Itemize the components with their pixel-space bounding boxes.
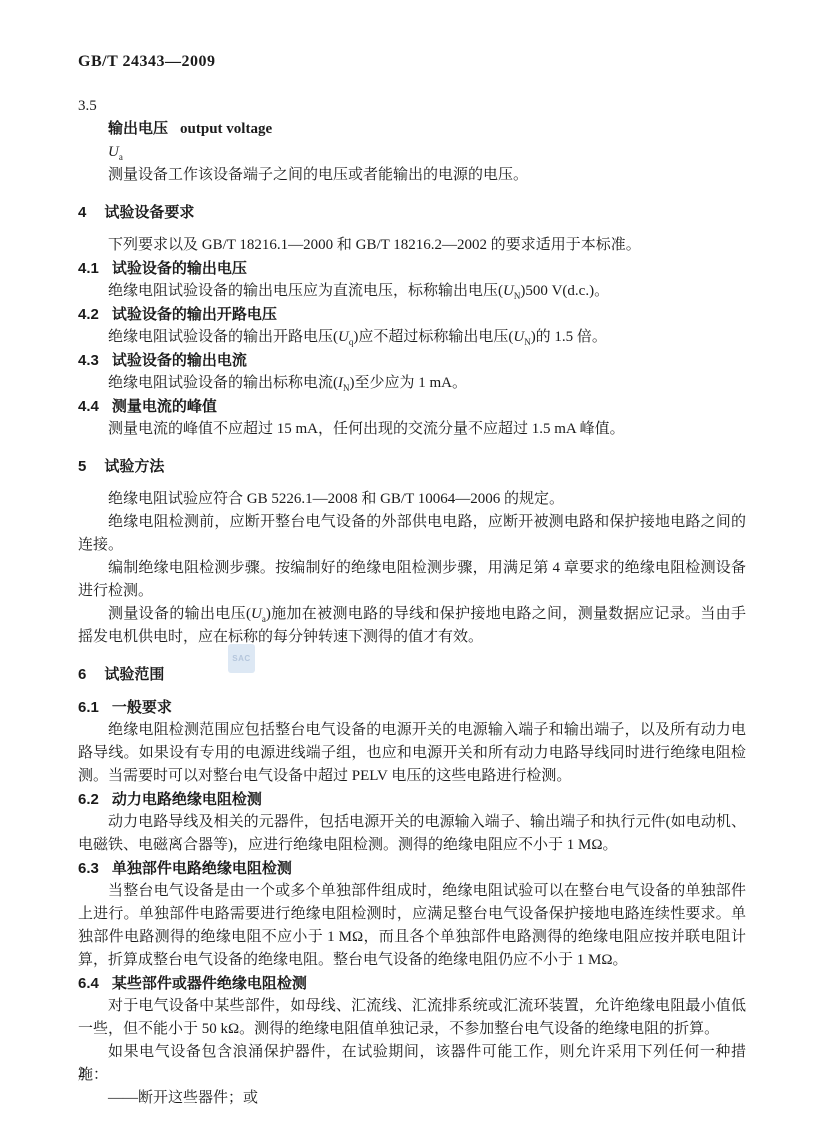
clause-6-3-body: 当整台电气设备是由一个或多个单独部件组成时，绝缘电阻试验可以在整台电气设备的单独… <box>78 880 746 972</box>
clause-4-1-body: 绝缘电阻试验设备的输出电压应为直流电压，标称输出电压(UN)500 V(d.c.… <box>78 280 746 303</box>
chapter-6-number: 6 <box>78 666 86 683</box>
term-heading: 输出电压output voltage <box>108 118 746 141</box>
clause-6-2-number: 6.2 <box>78 791 99 808</box>
clause-6-4-para-1: 对于电气设备中某些部件，如母线、汇流线、汇流排系统或汇流环装置，允许绝缘电阻最小… <box>78 995 746 1041</box>
clause-6-1-title: 一般要求 <box>112 699 172 716</box>
chapter-5-para-4: 测量设备的输出电压(Ua)施加在被测电路的导线和保护接地电路之间，测量数据应记录… <box>78 603 746 649</box>
clause-4-4-title: 测量电流的峰值 <box>112 398 217 415</box>
term-symbol-letter: U <box>108 144 119 160</box>
clause-4-2-body: 绝缘电阻试验设备的输出开路电压(Uq)应不超过标称输出电压(UN)的 1.5 倍… <box>78 326 746 349</box>
clause-4-2-text-mid: )应不超过标称输出电压( <box>353 329 513 345</box>
clause-6-1-heading: 6.1一般要求 <box>78 696 746 719</box>
clause-4-3-title: 试验设备的输出电流 <box>112 352 247 369</box>
clause-4-3-heading: 4.3试验设备的输出电流 <box>78 349 746 372</box>
clause-4-3-text-pre: 绝缘电阻试验设备的输出标称电流( <box>108 375 338 391</box>
clause-4-2-number: 4.2 <box>78 306 99 323</box>
clause-6-4-number: 6.4 <box>78 975 99 992</box>
clause-6-1-number: 6.1 <box>78 699 99 716</box>
chapter-5-para-2: 绝缘电阻检测前，应断开整台电气设备的外部供电电路，应断开被测电路和保护接地电路之… <box>78 511 746 557</box>
clause-4-2-heading: 4.2试验设备的输出开路电压 <box>78 303 746 326</box>
term-symbol-subscript: a <box>119 152 123 162</box>
chapter-5-number: 5 <box>78 458 86 475</box>
chapter-6-heading: 6试验范围 <box>78 663 746 686</box>
symbol-un2-letter: U <box>513 329 524 345</box>
sac-watermark: SAC <box>228 644 255 673</box>
chapter-5-heading: 5试验方法 <box>78 455 746 478</box>
clause-6-2-body: 动力电路导线及相关的元器件，包括电源开关的电源输入端子、输出端子和执行元件(如电… <box>78 811 746 857</box>
chapter-5-para-4-pre: 测量设备的输出电压( <box>108 606 251 622</box>
chapter-5-title: 试验方法 <box>104 458 164 475</box>
clause-6-4-list-item-1: ——断开这些器件；或 <box>78 1087 746 1110</box>
symbol-uq-letter: U <box>338 329 349 345</box>
document-code: GB/T 24343—2009 <box>78 50 746 73</box>
clause-4-4-number: 4.4 <box>78 398 99 415</box>
clause-4-3-text-post: )至少应为 1 mA。 <box>350 375 468 391</box>
document-page: SAC GB/T 24343—2009 3.5 输出电压output volta… <box>0 0 824 1130</box>
clause-6-4-para-2: 如果电气设备包含浪涌保护器件，在试验期间，该器件可能工作，则允许采用下列任何一种… <box>78 1041 746 1087</box>
clause-4-1-title: 试验设备的输出电压 <box>112 260 247 277</box>
clause-3-5-number: 3.5 <box>78 95 746 118</box>
sac-watermark-text: SAC <box>232 647 250 670</box>
clause-4-2-text-post: )的 1.5 倍。 <box>531 329 607 345</box>
clause-4-3-body: 绝缘电阻试验设备的输出标称电流(IN)至少应为 1 mA。 <box>78 372 746 395</box>
clause-6-3-number: 6.3 <box>78 860 99 877</box>
clause-6-3-heading: 6.3单独部件电路绝缘电阻检测 <box>78 857 746 880</box>
symbol-un-letter: U <box>503 283 514 299</box>
clause-6-3-title: 单独部件电路绝缘电阻检测 <box>112 860 292 877</box>
clause-6-2-heading: 6.2动力电路绝缘电阻检测 <box>78 788 746 811</box>
clause-6-4-title: 某些部件或器件绝缘电阻检测 <box>112 975 307 992</box>
page-content: GB/T 24343—2009 3.5 输出电压output voltage U… <box>78 50 746 1110</box>
page-number: 2 <box>78 1062 86 1085</box>
clause-4-1-text-post: )500 V(d.c.)。 <box>520 283 609 299</box>
clause-4-1-number: 4.1 <box>78 260 99 277</box>
term-zh: 输出电压 <box>108 121 168 137</box>
chapter-4-heading: 4试验设备要求 <box>78 201 746 224</box>
chapter-5-para-1: 绝缘电阻试验应符合 GB 5226.1—2008 和 GB/T 10064—20… <box>78 488 746 511</box>
clause-4-4-heading: 4.4测量电流的峰值 <box>78 395 746 418</box>
clause-4-4-body: 测量电流的峰值不应超过 15 mA，任何出现的交流分量不应超过 1.5 mA 峰… <box>78 418 746 441</box>
clause-6-1-body: 绝缘电阻检测范围应包括整台电气设备的电源开关的电源输入端子和输出端子，以及所有动… <box>78 719 746 788</box>
clause-4-2-title: 试验设备的输出开路电压 <box>112 306 277 323</box>
chapter-6-title: 试验范围 <box>104 666 164 683</box>
clause-6-4-heading: 6.4某些部件或器件绝缘电阻检测 <box>78 972 746 995</box>
chapter-5-para-3: 编制绝缘电阻检测步骤。按编制好的绝缘电阻检测步骤，用满足第 4 章要求的绝缘电阻… <box>78 557 746 603</box>
chapter-4-number: 4 <box>78 204 86 221</box>
clause-6-2-title: 动力电路绝缘电阻检测 <box>112 791 262 808</box>
term-definition: 测量设备工作该设备端子之间的电压或者能输出的电源的电压。 <box>78 164 746 187</box>
symbol-ua-letter: U <box>251 606 262 622</box>
term-en: output voltage <box>180 121 272 137</box>
term-symbol: Ua <box>108 141 746 164</box>
chapter-4-intro: 下列要求以及 GB/T 18216.1—2000 和 GB/T 18216.2—… <box>78 234 746 257</box>
clause-4-2-text-pre: 绝缘电阻试验设备的输出开路电压( <box>108 329 338 345</box>
chapter-4-title: 试验设备要求 <box>104 204 194 221</box>
clause-4-1-heading: 4.1试验设备的输出电压 <box>78 257 746 280</box>
clause-4-3-number: 4.3 <box>78 352 99 369</box>
clause-4-1-text-pre: 绝缘电阻试验设备的输出电压应为直流电压，标称输出电压( <box>108 283 503 299</box>
